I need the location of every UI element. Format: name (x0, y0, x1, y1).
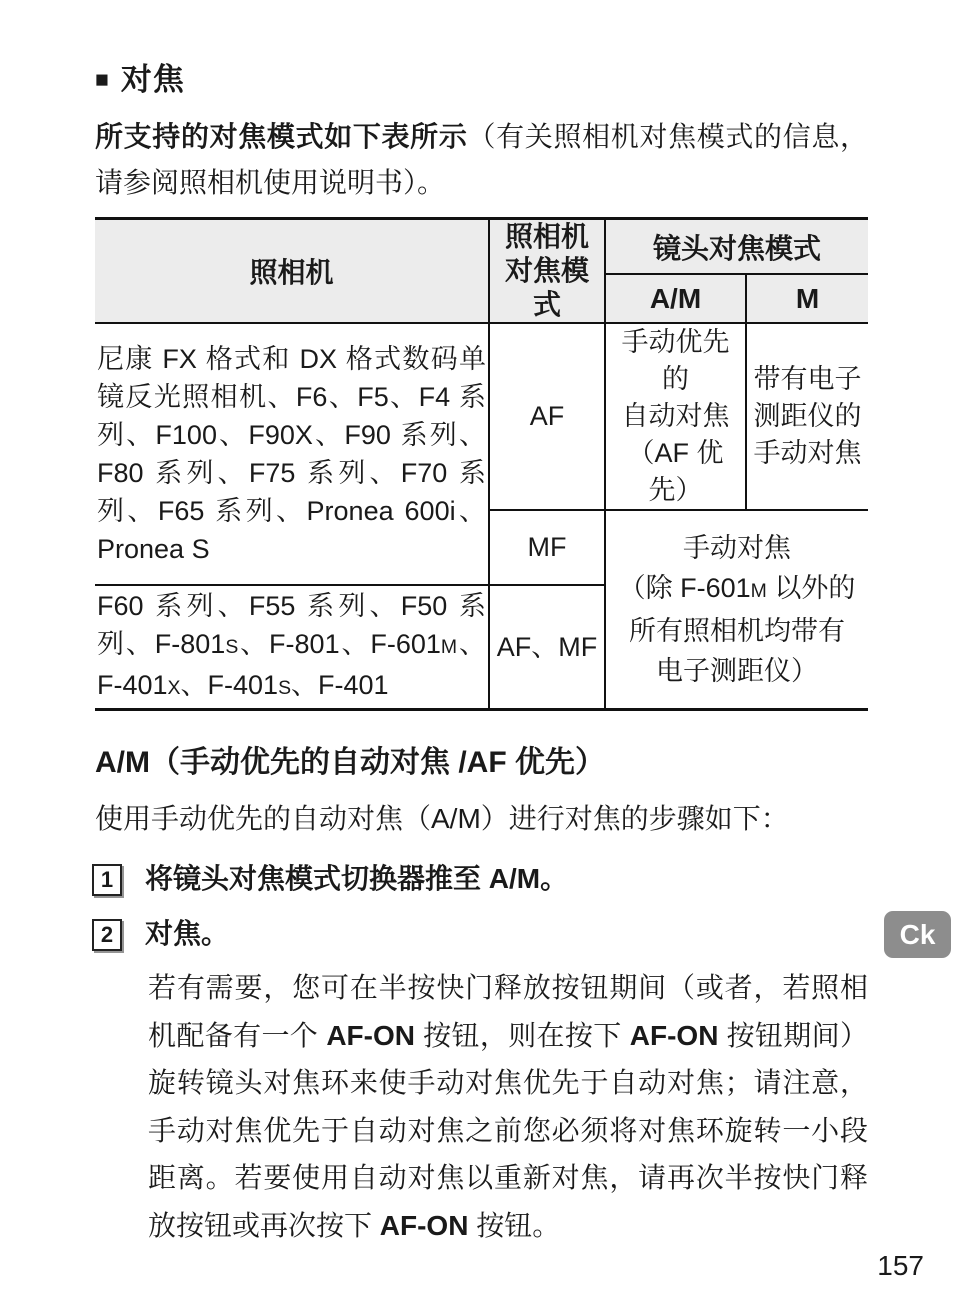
cell-camera-mode-mf: MF (489, 510, 605, 585)
step-2-body: 若有需要，您可在半按快门释放按钮期间（或者，若照相机配备有一个 AF-ON 按钮… (148, 964, 868, 1249)
step-2-number-box: 2 (92, 919, 122, 951)
col-header-camera: 照相机 (95, 219, 489, 324)
intro-paragraph: 所支持的对焦模式如下表所示（有关照相机对焦模式的信息，请参阅照相机使用说明书）。 (95, 114, 868, 206)
cell-cameras-group2: F60 系列、F55 系列、F50 系列、F-801S、F-801、F-601M… (95, 585, 489, 710)
col-header-m: M (746, 274, 868, 323)
page-heading-text: 对焦 (121, 62, 185, 97)
cell-camera-mode-af: AF (489, 323, 605, 510)
manual-page: ■对焦 所支持的对焦模式如下表所示（有关照相机对焦模式的信息，请参阅照相机使用说… (0, 0, 954, 1312)
step-1-title: 将镜头对焦模式切换器推至 A/M。 (145, 862, 568, 896)
content-column: ■对焦 所支持的对焦模式如下表所示（有关照相机对焦模式的信息，请参阅照相机使用说… (95, 0, 868, 1249)
col-header-camera-focus-mode: 照相机对焦模式 (489, 219, 605, 324)
am-section-title: A/M（手动优先的自动对焦 /AF 优先） (95, 737, 868, 781)
cell-lens-am-behavior: 手动优先的自动对焦（AF 优先） (605, 323, 746, 510)
cell-cameras-group1: 尼康 FX 格式和 DX 格式数码单镜反光照相机、F6、F5、F4 系列、F10… (95, 323, 489, 585)
am-section-lede: 使用手动优先的自动对焦（A/M）进行对焦的步骤如下： (95, 797, 868, 837)
col-header-lens-focus-mode: 镜头对焦模式 (605, 219, 868, 275)
cell-manual-focus-merged: 手动对焦（除 F-601M 以外的所有照相机均带有电子测距仪） (605, 510, 868, 710)
page-heading: ■对焦 (95, 54, 868, 99)
col-header-am: A/M (605, 274, 746, 323)
language-section-tab: Ck (884, 911, 951, 958)
square-bullet-icon: ■ (95, 66, 110, 92)
page-number: 157 (877, 1250, 924, 1282)
table-body-row-af: 尼康 FX 格式和 DX 格式数码单镜反光照相机、F6、F5、F4 系列、F10… (95, 323, 868, 510)
step-2: 2 对焦。 (95, 917, 868, 951)
step-1: 1 将镜头对焦模式切换器推至 A/M。 (95, 862, 868, 896)
step-1-number-box: 1 (92, 864, 122, 896)
table-header-row-1: 照相机 照相机对焦模式 镜头对焦模式 (95, 219, 868, 275)
step-2-title: 对焦。 (145, 917, 229, 951)
cell-lens-m-behavior: 带有电子测距仪的手动对焦 (746, 323, 868, 510)
cell-camera-mode-af-mf: AF、MF (489, 585, 605, 710)
focus-mode-table: 照相机 照相机对焦模式 镜头对焦模式 A/M M 尼康 FX 格式和 DX 格式… (95, 217, 868, 711)
